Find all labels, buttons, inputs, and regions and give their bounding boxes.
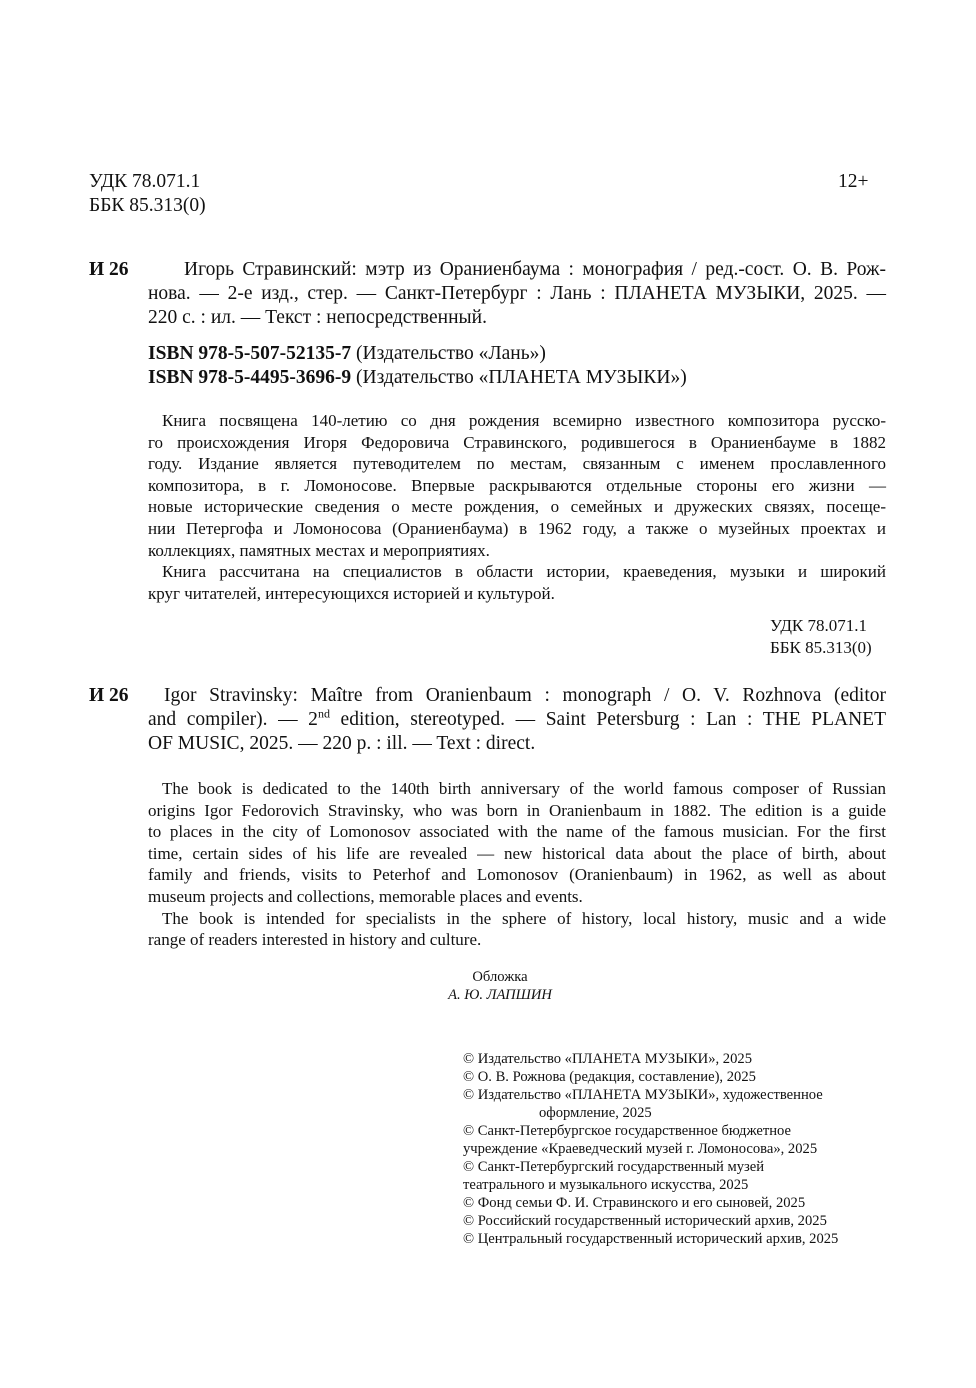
bbk-code: ББК 85.313(0) [770,637,872,659]
copyright-line: © Издательство «ПЛАНЕТА МУЗЫКИ», художес… [463,1086,838,1104]
classification-codes-bottom: УДК 78.071.1 ББК 85.313(0) [770,615,872,658]
udk-code: УДК 78.071.1 [89,170,206,194]
copyright-line: © Центральный государственный историческ… [463,1230,838,1248]
entry-text: and compiler). — 2 [148,709,318,730]
isbn-publisher: (Издательство «ПЛАНЕТА МУЗЫКИ») [356,367,687,388]
entry-line: Игорь Стравинский: мэтр из Ораниенбаума … [148,258,886,282]
abstract-line: Книга посвящена 140-летию со дня рождени… [148,410,886,432]
copyright-line: © Санкт-Петербургский государственный му… [463,1158,838,1176]
isbn-publisher: (Издательство «Лань») [356,343,546,364]
author-code: И 26 [89,258,129,282]
copyright-line: © Издательство «ПЛАНЕТА МУЗЫКИ», 2025 [463,1050,838,1068]
isbn-number: ISBN 978-5-507-52135-7 [148,343,351,364]
abstract-line: time, certain sides of his life are reve… [148,843,886,865]
udk-code: УДК 78.071.1 [770,615,872,637]
bbk-code: ББК 85.313(0) [89,194,206,218]
cover-credit: Обложка А. Ю. ЛАПШИН [400,968,600,1004]
abstract-line: range of readers interested in history a… [148,929,886,951]
abstract-line: to places in the city of Lomonosov assoc… [148,821,886,843]
abstract-line: Книга рассчитана на специалистов в облас… [148,561,886,583]
abstract-line: The book is intended for specialists in … [148,908,886,930]
isbn-line: ISBN 978-5-507-52135-7 (Издательство «Ла… [148,342,687,366]
isbn-line: ISBN 978-5-4495-3696-9 (Издательство «ПЛ… [148,366,687,390]
abstract-line: family and friends, visits to Peterhof a… [148,864,886,886]
copyright-line: учреждение «Краеведческий музей г. Ломон… [463,1140,838,1158]
abstract-en: The book is dedicated to the 140th birth… [148,778,886,951]
copyright-line: театрального и музыкального искусства, 2… [463,1176,838,1194]
author-code: И 26 [89,684,129,708]
ordinal-suffix: nd [318,707,330,721]
entry-line: 220 с. : ил. — Текст : непосредственный. [148,306,886,330]
cover-label: Обложка [400,968,600,986]
abstract-line: museum projects and collections, memorab… [148,886,886,908]
copyright-line: © Фонд семьи Ф. И. Стравинского и его сы… [463,1194,838,1212]
classification-codes-top: УДК 78.071.1 ББК 85.313(0) [89,170,206,218]
copyright-line: © Российский государственный исторически… [463,1212,838,1230]
entry-text: edition, stereotyped. — Saint Petersburg… [330,709,886,730]
abstract-line: композитора, в г. Ломоносове. Впервые ра… [148,475,886,497]
copyright-notices: © Издательство «ПЛАНЕТА МУЗЫКИ», 2025 © … [463,1050,838,1248]
abstract-line: году. Издание является путеводителем по … [148,453,886,475]
isbn-block: ISBN 978-5-507-52135-7 (Издательство «Ла… [148,342,687,390]
entry-line: and compiler). — 2nd edition, stereotype… [148,708,886,732]
entry-line: OF MUSIC, 2025. — 220 p. : ill. — Text :… [148,732,886,756]
abstract-line: origins Igor Fedorovich Stravinsky, who … [148,800,886,822]
abstract-line: коллекциях, памятных местах и мероприяти… [148,540,886,562]
abstract-line: новые исторические сведения о месте рожд… [148,496,886,518]
copyright-line: оформление, 2025 [463,1104,838,1122]
copyright-line: © Санкт-Петербургское государственное бю… [463,1122,838,1140]
abstract-line: го происхождения Игоря Федоровича Страви… [148,432,886,454]
cover-artist: А. Ю. ЛАПШИН [400,986,600,1004]
abstract-line: The book is dedicated to the 140th birth… [148,778,886,800]
abstract-line: круг читателей, интересующихся историей … [148,583,886,605]
age-rating: 12+ [838,170,869,194]
entry-line: нова. — 2-е изд., стер. — Санкт-Петербур… [148,282,886,306]
isbn-number: ISBN 978-5-4495-3696-9 [148,367,351,388]
abstract-ru: Книга посвящена 140-летию со дня рождени… [148,410,886,604]
abstract-line: нии Петергофа и Ломоносова (Ораниенбаума… [148,518,886,540]
entry-line: Igor Stravinsky: Maître from Oranienbaum… [148,684,886,708]
copyright-line: © О. В. Рожнова (редакция, составление),… [463,1068,838,1086]
